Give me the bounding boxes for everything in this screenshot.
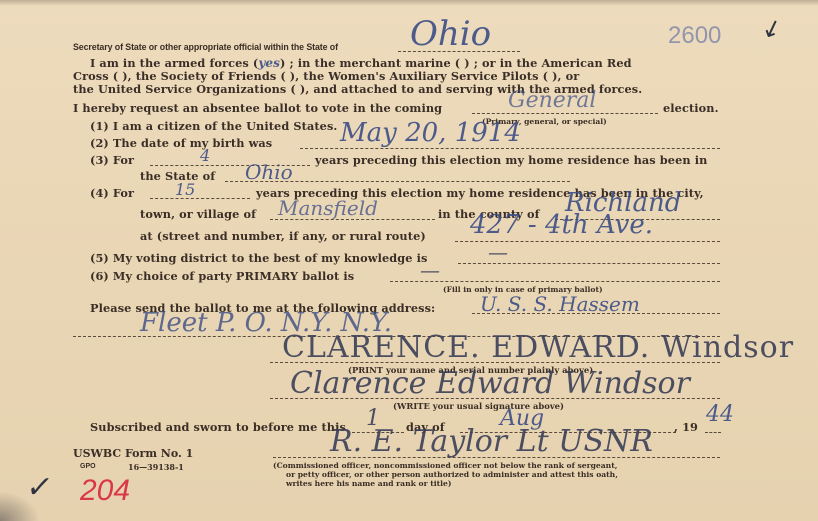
item-4-text-e: at (street and number, if any, or rural … (140, 230, 426, 243)
city-value: Mansfield (278, 196, 378, 220)
gpo-label: GPO (80, 463, 96, 470)
street-value: 427 - 4th Ave. (470, 210, 653, 240)
sworn-text-c: , 19 (674, 421, 698, 434)
sworn-text-a: Subscribed and sworn to before me this (90, 421, 346, 434)
officer-hint-1: (Commissioned officer, noncommissioned o… (273, 461, 617, 470)
state-residence-value: Ohio (245, 160, 293, 184)
state-value: Ohio (410, 14, 491, 54)
sworn-year-value: 44 (706, 402, 734, 427)
form-number: USWBC Form No. 1 (73, 447, 193, 460)
request-text-b: election. (663, 102, 719, 115)
margin-check-mark-icon: ✓ (24, 470, 55, 505)
years-state-value: 4 (200, 146, 210, 165)
item-5: (5) My voting district to the best of my… (90, 252, 427, 265)
birth-date-value: May 20, 1914 (340, 118, 521, 148)
check-mark-icon: ↙ (758, 11, 787, 45)
years-city-value: 15 (175, 180, 195, 199)
officer-hint-3: writes here his name and rank or title) (286, 479, 451, 488)
corner-number: 2600 (668, 22, 721, 50)
form-header: Secretary of State or other appropriate … (73, 41, 338, 54)
officer-hint-2: or petty officer, or other person author… (286, 470, 618, 479)
armed-forces-mark: yes (258, 56, 280, 70)
signature-value: Clarence Edward Windsor (290, 366, 690, 401)
years-city-line (150, 198, 250, 199)
party-choice-value: — (420, 258, 440, 282)
birth-date-line (300, 148, 720, 149)
item-1: (1) I am a citizen of the United States. (90, 120, 337, 133)
item-4-text-a: (4) For (90, 187, 134, 200)
armed-forces-text-a: I am in the armed forces ( (90, 56, 258, 70)
election-type-value: General (508, 88, 596, 113)
officer-signature-value: R. E. Taylor Lt USNR (330, 424, 653, 459)
printed-name-value: CLARENCE. EDWARD. Windsor (282, 330, 794, 365)
absentee-ballot-request-card: Secretary of State or other appropriate … (0, 0, 818, 521)
gpo-number: 16—39138-1 (128, 462, 184, 472)
item-4-text-c: town, or village of (140, 208, 256, 221)
address-value-1: U. S. S. Hassem (480, 292, 640, 316)
red-number: 204 (80, 474, 130, 508)
item-6: (6) My choice of party PRIMARY ballot is (90, 270, 354, 283)
armed-forces-text-b: ) ; in the merchant marine ( ) ; or in t… (280, 56, 632, 70)
item-2: (2) The date of my birth was (90, 137, 272, 150)
request-text-a: I hereby request an absentee ballot to v… (73, 102, 442, 115)
item-3-text-b: years preceding this election my home re… (315, 154, 707, 167)
sworn-year-line (705, 432, 721, 433)
election-type-line (472, 113, 658, 114)
voting-district-value: — (488, 240, 508, 264)
item-3-text-a: (3) For (90, 154, 134, 167)
